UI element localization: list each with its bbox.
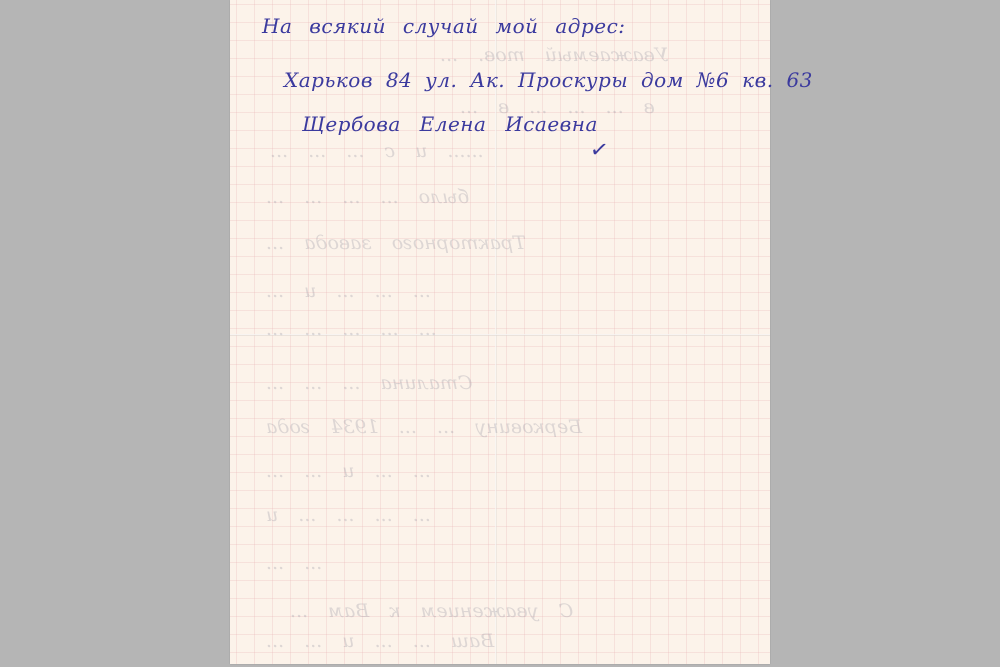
bleed-through-line: ... ... xyxy=(266,552,322,574)
checkmark-icon: ✓ xyxy=(588,137,610,164)
bleed-through-line: ... ... ... ... ... xyxy=(266,318,437,340)
handwritten-name: Щербова Елена Исаевна xyxy=(302,112,598,136)
bleed-through-line: Уважаемый тов. ... xyxy=(440,44,669,66)
bleed-through-line: Ваш ... ... и ... ... xyxy=(266,630,494,652)
handwritten-address: Харьков 84 ул. Ак. Проскуры дом №6 кв. 6… xyxy=(284,68,813,92)
bleed-through-line: Тракторного завода ... xyxy=(266,232,526,254)
bleed-through-line: ... ... ... ... и xyxy=(266,504,431,526)
bleed-through-line: С уважением к Вам ... xyxy=(290,600,573,622)
handwritten-heading: На всякий случай мой адрес: xyxy=(262,14,626,38)
bleed-through-line: было ... ... ... ... xyxy=(266,186,469,208)
letter-page: Уважаемый тов. ... в ... ... ... в ... .… xyxy=(230,0,770,664)
bleed-through-line: Берковину ... ... 1934 года xyxy=(266,416,582,438)
bleed-through-line: ... ... ... и ... xyxy=(266,280,431,302)
bleed-through-line: Сталина ... ... ... xyxy=(266,372,473,394)
bleed-through-line: ... ... и ... ... xyxy=(266,460,431,482)
bleed-through-line: ...... и с ... ... ... xyxy=(270,140,484,162)
